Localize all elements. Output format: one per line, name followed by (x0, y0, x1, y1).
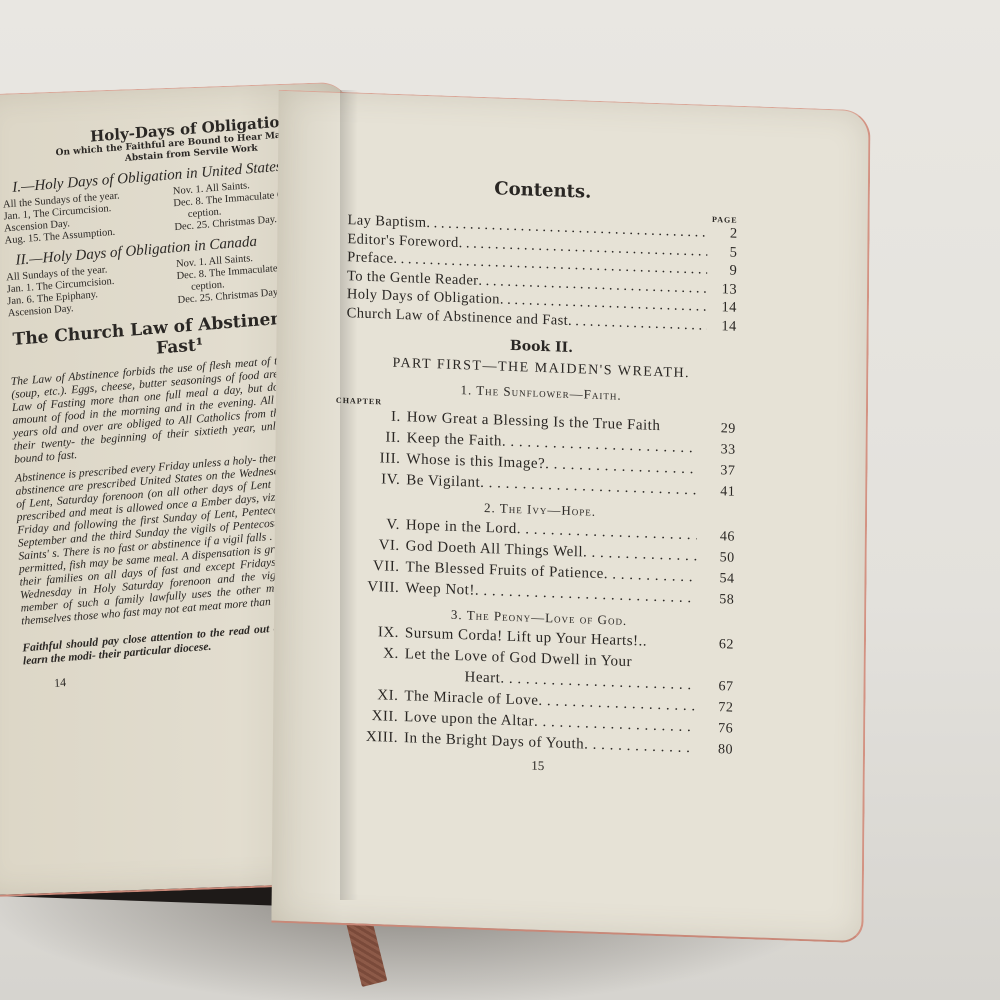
chapter-page: 58 (696, 588, 734, 610)
chapter-page: 29 (698, 417, 736, 439)
toc-page: 9 (707, 261, 737, 281)
contents-title: Contents. (348, 173, 738, 208)
toc-page: 5 (707, 242, 737, 262)
chapter-page: 37 (697, 459, 735, 481)
chapter-page: 33 (698, 438, 736, 460)
chapter-page: 72 (695, 696, 733, 718)
contents-page: Contents. PAGE Lay Baptism2 Editor's For… (343, 173, 738, 780)
chapter-title: Weep Not! (405, 578, 475, 601)
toc-page: 2 (707, 224, 737, 244)
right-page: Contents. PAGE Lay Baptism2 Editor's For… (271, 90, 870, 943)
toc-page: 13 (707, 279, 737, 299)
chapter-page: 46 (697, 525, 735, 547)
chapter-title: Be Vigilant (406, 470, 480, 494)
chapter-page: 67 (695, 675, 733, 697)
chapter-page: 80 (695, 738, 733, 760)
chapter-page: 62 (696, 633, 734, 655)
chapter-page: 41 (697, 480, 735, 502)
book-gutter (340, 90, 358, 900)
toc-page: 14 (707, 316, 737, 336)
chapter-page: 54 (696, 567, 734, 589)
chapter-page: 76 (695, 717, 733, 739)
chapter-page: 50 (697, 546, 735, 568)
toc-page: 14 (707, 298, 737, 318)
